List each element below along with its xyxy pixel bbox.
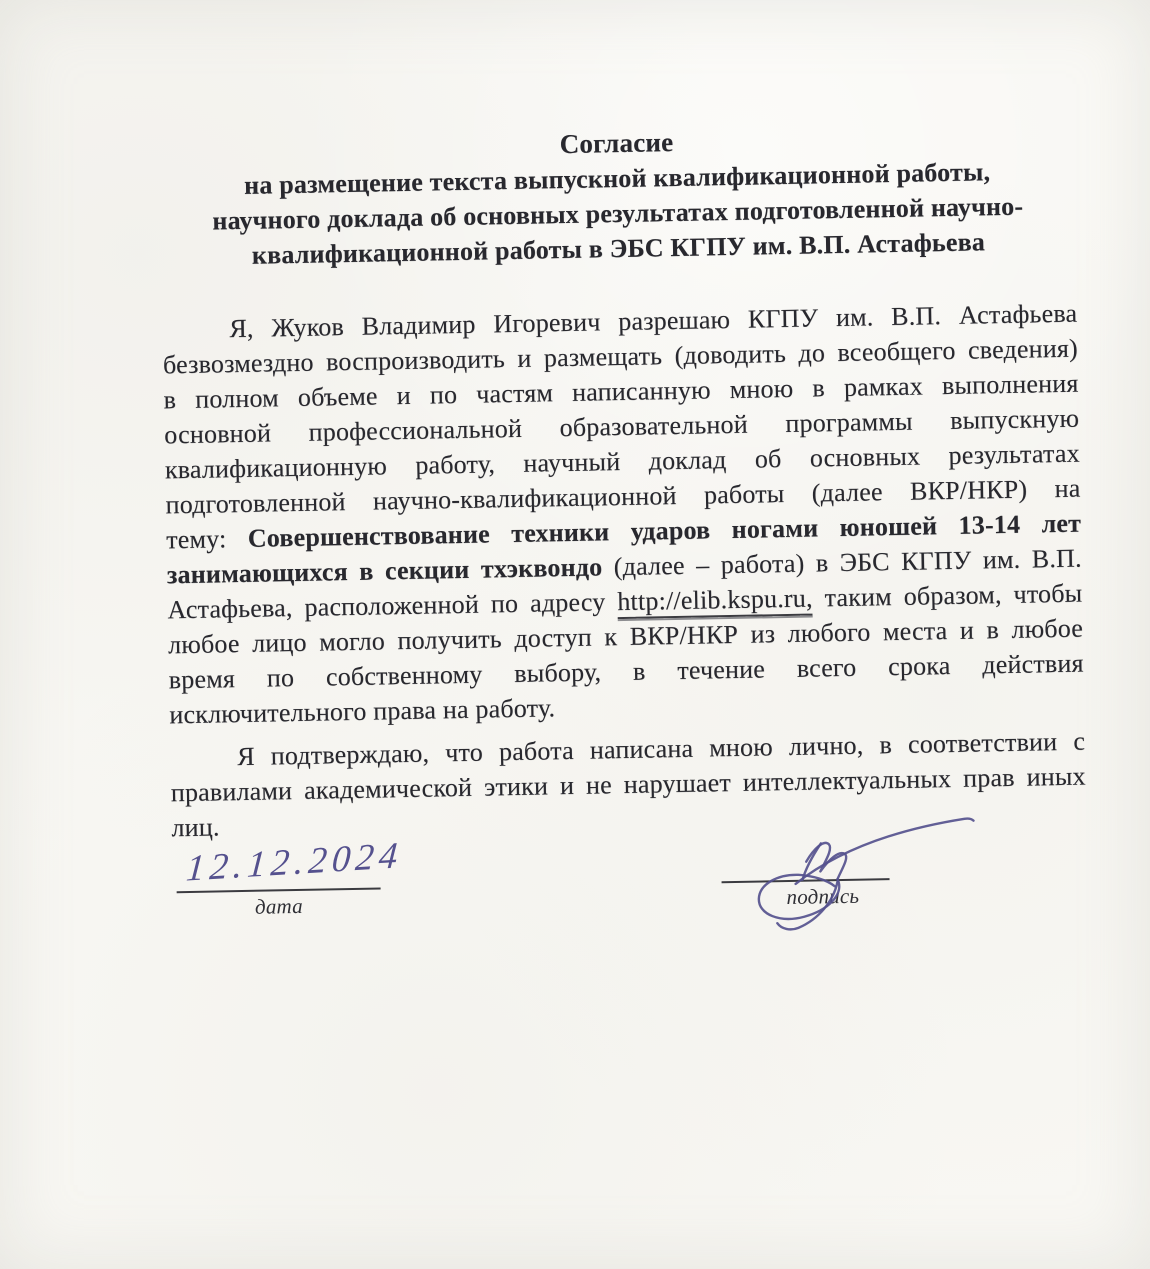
text-segment: занимающихся в секции тхэквондо bbox=[167, 552, 603, 589]
text-segment: лиц. bbox=[171, 812, 220, 842]
text-segment: тему: bbox=[166, 524, 248, 554]
signature-block: подпись bbox=[721, 836, 890, 911]
text-segment: исключительного права на работу. bbox=[169, 693, 555, 729]
signature-spacer bbox=[721, 836, 890, 881]
date-block: 12.12.2024 дата bbox=[176, 845, 381, 921]
signature-label: подпись bbox=[722, 882, 890, 911]
document-body: Я, Жуков Владимир Игоревич разрешаю КГПУ… bbox=[162, 296, 1087, 846]
signature-date-row: 12.12.2024 дата подпись bbox=[172, 833, 1088, 922]
document-subtitle: на размещение текста выпускной квалифика… bbox=[159, 153, 1076, 275]
text-segment: (далее – работа) в ЭБС КГПУ им. В.П. bbox=[602, 544, 1082, 582]
date-label: дата bbox=[177, 891, 381, 921]
document-content: Согласие на размещение текста выпускной … bbox=[159, 117, 1088, 922]
paragraph: Я подтверждаю, что работа написана мною … bbox=[170, 724, 1087, 846]
text-segment: таким образом, чтобы bbox=[812, 579, 1082, 613]
text-segment: Астафьева, расположенной по адресу bbox=[167, 587, 617, 624]
scanned-document-page: Согласие на размещение текста выпускной … bbox=[0, 0, 1150, 1269]
paragraph: Я, Жуков Владимир Игоревич разрешаю КГПУ… bbox=[162, 296, 1085, 733]
